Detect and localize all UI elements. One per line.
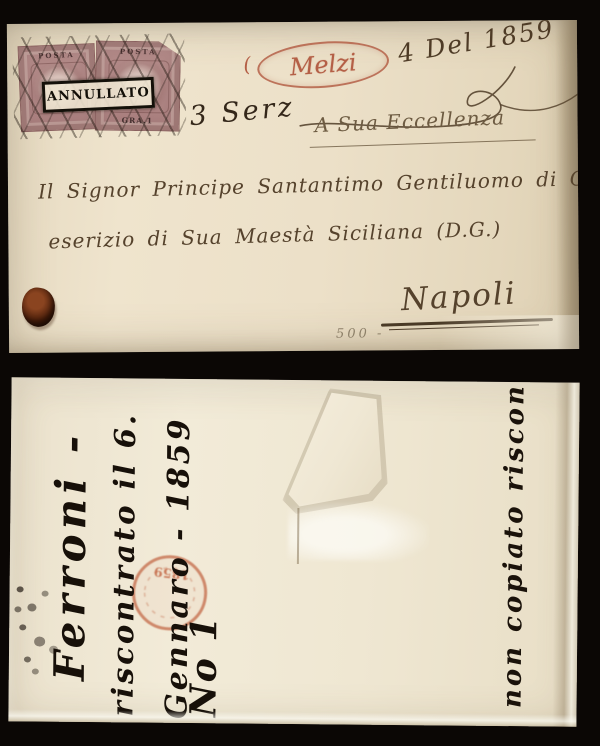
ink-smudges — [12, 577, 17, 581]
pencil-price-note: 500 - — [336, 326, 384, 341]
address-line-1: Il Signor Principe Santantimo Gentiluomo… — [38, 163, 579, 203]
paper-edge-shadow — [555, 20, 579, 349]
annullato-boxed-cancel: ANNULLATO — [42, 77, 155, 113]
sender-note: 3 Serz — [188, 91, 296, 132]
oval-postmark-prefix: ( — [242, 52, 252, 77]
seal-tear-residue — [288, 502, 429, 561]
destination-napoli: Napoli — [400, 275, 518, 318]
cover-back-photo: 1859 Ferroni - riscontrato il 6. Gennaro… — [8, 377, 579, 726]
address-line-2: eserizio di Sua Maestà Siciliana (D.G.) — [48, 217, 501, 254]
docket-line-number: No 1 — [180, 614, 227, 717]
paper-fold-band — [552, 383, 579, 727]
manuscript-date: 4 Del 1859 — [396, 20, 557, 68]
cover-front-photo: POSTA POSTA GRA.1 ANNULLATO ( Melzi 4 De… — [7, 20, 579, 353]
side-note-vertical: non copiato riscontro — [491, 377, 539, 708]
docket-line-riscontrato: riscontrato il 6. — [98, 412, 149, 717]
wax-seal-remnant — [19, 286, 57, 329]
docket-line-ferroni: Ferroni - — [45, 431, 97, 682]
paper-edge-highlight — [8, 709, 576, 726]
